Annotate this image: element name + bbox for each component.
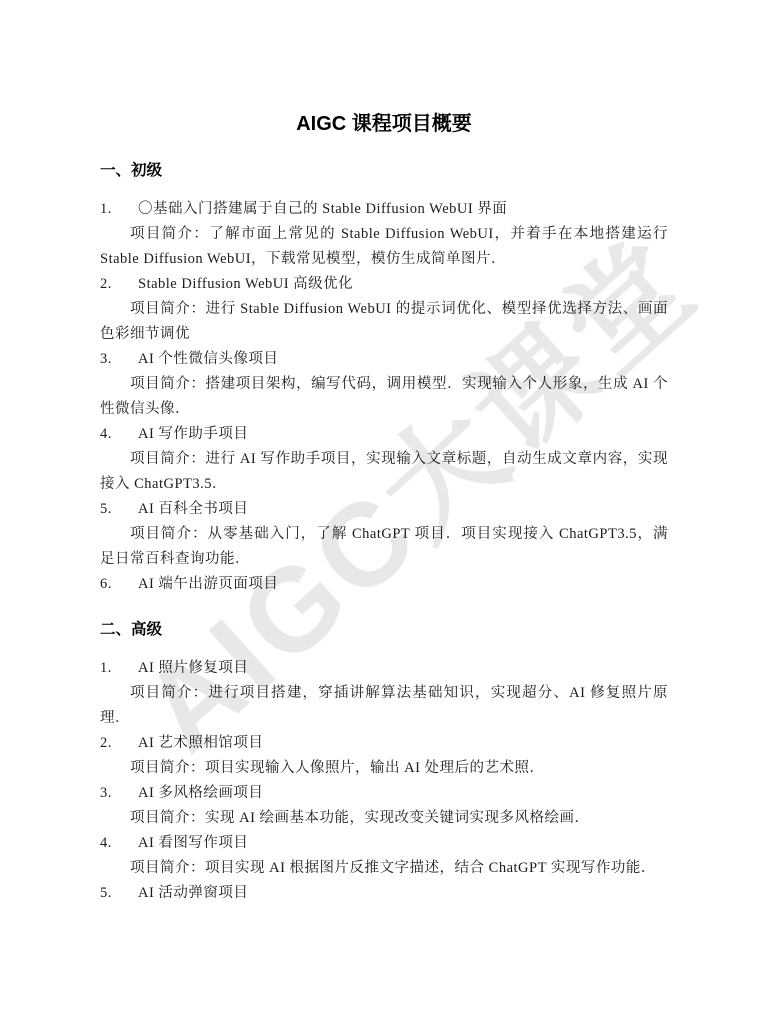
item-number: 2. xyxy=(100,272,138,297)
item-description: 项目简介：实现 AI 绘画基本功能，实现改变关键词实现多风格绘画． xyxy=(100,806,668,831)
project-item-title-row: 1.〇基础入门搭建属于自己的 Stable Diffusion WebUI 界面 xyxy=(100,197,668,222)
project-list: 1.AI 照片修复项目项目简介：进行项目搭建，穿插讲解算法基础知识，实现超分、A… xyxy=(100,656,668,906)
item-number: 5. xyxy=(100,497,138,522)
project-item-title-row: 1.AI 照片修复项目 xyxy=(100,656,668,681)
project-item-title-row: 3.AI 个性微信头像项目 xyxy=(100,347,668,372)
project-item-title-row: 4.AI 看图写作项目 xyxy=(100,831,668,856)
project-item-title-row: 4.AI 写作助手项目 xyxy=(100,422,668,447)
item-title: AI 看图写作项目 xyxy=(138,831,668,856)
project-item-title-row: 6.AI 端午出游页面项目 xyxy=(100,572,668,597)
section-1: 二、高级1.AI 照片修复项目项目简介：进行项目搭建，穿插讲解算法基础知识，实现… xyxy=(100,617,668,906)
project-item: 3.AI 多风格绘画项目项目简介：实现 AI 绘画基本功能，实现改变关键词实现多… xyxy=(100,781,668,831)
item-number: 6. xyxy=(100,572,138,597)
item-title: AI 多风格绘画项目 xyxy=(138,781,668,806)
section-0: 一、初级1.〇基础入门搭建属于自己的 Stable Diffusion WebU… xyxy=(100,158,668,597)
project-item: 4.AI 写作助手项目项目简介：进行 AI 写作助手项目，实现输入文章标题，自动… xyxy=(100,422,668,497)
project-item-title-row: 5.AI 活动弹窗项目 xyxy=(100,881,668,906)
project-item: 4.AI 看图写作项目项目简介：项目实现 AI 根据图片反推文字描述，结合 Ch… xyxy=(100,831,668,881)
item-title: AI 艺术照相馆项目 xyxy=(138,731,668,756)
item-title: AI 百科全书项目 xyxy=(138,497,668,522)
item-number: 4. xyxy=(100,831,138,856)
project-item-title-row: 2.AI 艺术照相馆项目 xyxy=(100,731,668,756)
document-content: AIGC 课程项目概要 一、初级1.〇基础入门搭建属于自己的 Stable Di… xyxy=(100,110,668,906)
item-title: Stable Diffusion WebUI 高级优化 xyxy=(138,272,668,297)
project-item: 3.AI 个性微信头像项目项目简介：搭建项目架构，编写代码，调用模型．实现输入个… xyxy=(100,347,668,422)
item-number: 3. xyxy=(100,347,138,372)
item-description: 项目简介：了解市面上常见的 Stable Diffusion WebUI，并着手… xyxy=(100,222,668,272)
project-item: 5.AI 百科全书项目项目简介：从零基础入门，了解 ChatGPT 项目．项目实… xyxy=(100,497,668,572)
item-number: 1. xyxy=(100,197,138,222)
item-number: 1. xyxy=(100,656,138,681)
item-title: AI 活动弹窗项目 xyxy=(138,881,668,906)
item-title: AI 写作助手项目 xyxy=(138,422,668,447)
project-item: 1.〇基础入门搭建属于自己的 Stable Diffusion WebUI 界面… xyxy=(100,197,668,272)
project-item-title-row: 5.AI 百科全书项目 xyxy=(100,497,668,522)
item-description: 项目简介：进行 Stable Diffusion WebUI 的提示词优化、模型… xyxy=(100,297,668,347)
project-item: 2.Stable Diffusion WebUI 高级优化项目简介：进行 Sta… xyxy=(100,272,668,347)
item-description: 项目简介：项目实现输入人像照片，输出 AI 处理后的艺术照． xyxy=(100,756,668,781)
item-description: 项目简介：从零基础入门，了解 ChatGPT 项目．项目实现接入 ChatGPT… xyxy=(100,522,668,572)
item-title: AI 照片修复项目 xyxy=(138,656,668,681)
document-page: AIGC大课堂 AIGC 课程项目概要 一、初级1.〇基础入门搭建属于自己的 S… xyxy=(0,0,768,1024)
item-number: 5. xyxy=(100,881,138,906)
project-item-title-row: 2.Stable Diffusion WebUI 高级优化 xyxy=(100,272,668,297)
section-heading: 一、初级 xyxy=(100,158,668,183)
sections-container: 一、初级1.〇基础入门搭建属于自己的 Stable Diffusion WebU… xyxy=(100,158,668,906)
item-number: 3. xyxy=(100,781,138,806)
item-number: 4. xyxy=(100,422,138,447)
project-item-title-row: 3.AI 多风格绘画项目 xyxy=(100,781,668,806)
project-item: 5.AI 活动弹窗项目 xyxy=(100,881,668,906)
project-item: 2.AI 艺术照相馆项目项目简介：项目实现输入人像照片，输出 AI 处理后的艺术… xyxy=(100,731,668,781)
item-description: 项目简介：搭建项目架构，编写代码，调用模型．实现输入个人形象，生成 AI 个性微… xyxy=(100,372,668,422)
item-number: 2. xyxy=(100,731,138,756)
document-title: AIGC 课程项目概要 xyxy=(100,110,668,138)
item-description: 项目简介：项目实现 AI 根据图片反推文字描述，结合 ChatGPT 实现写作功… xyxy=(100,856,668,881)
project-list: 1.〇基础入门搭建属于自己的 Stable Diffusion WebUI 界面… xyxy=(100,197,668,597)
item-title: AI 端午出游页面项目 xyxy=(138,572,668,597)
item-title: AI 个性微信头像项目 xyxy=(138,347,668,372)
project-item: 6.AI 端午出游页面项目 xyxy=(100,572,668,597)
item-description: 项目简介：进行 AI 写作助手项目，实现输入文章标题，自动生成文章内容，实现接入… xyxy=(100,447,668,497)
section-heading: 二、高级 xyxy=(100,617,668,642)
project-item: 1.AI 照片修复项目项目简介：进行项目搭建，穿插讲解算法基础知识，实现超分、A… xyxy=(100,656,668,731)
item-title: 〇基础入门搭建属于自己的 Stable Diffusion WebUI 界面 xyxy=(138,197,668,222)
item-description: 项目简介：进行项目搭建，穿插讲解算法基础知识，实现超分、AI 修复照片原理． xyxy=(100,681,668,731)
